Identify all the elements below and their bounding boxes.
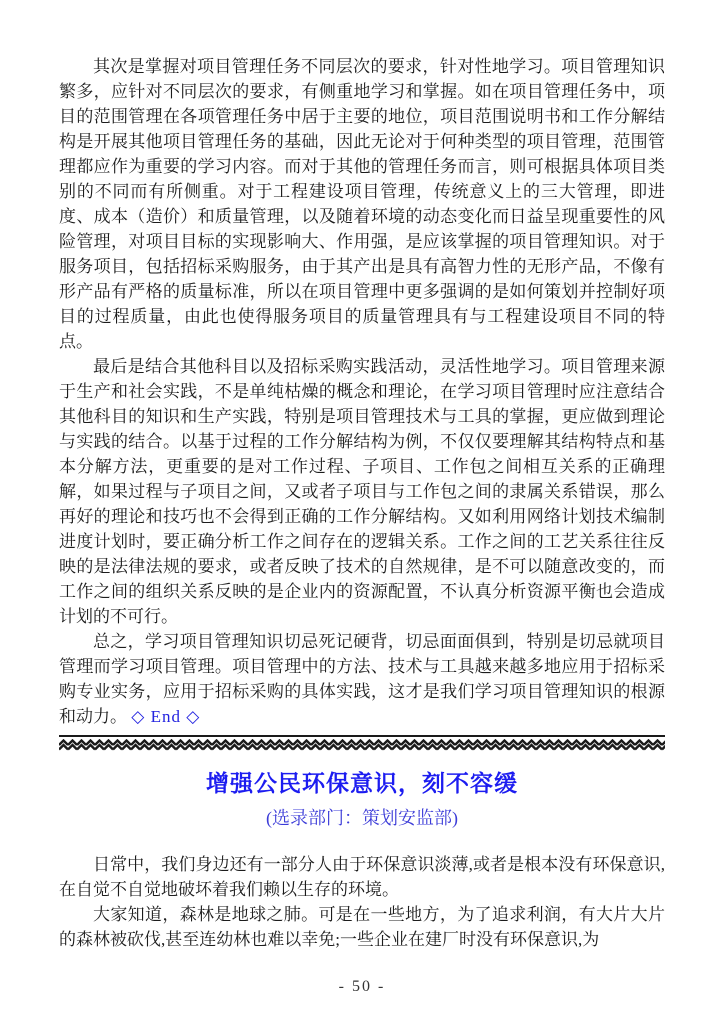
paragraph: 其次是掌握对项目管理任务不同层次的要求，针对性地学习。项目管理知识繁多，应针对不… bbox=[59, 54, 665, 354]
paragraph: 总之，学习项目管理知识切忌死记硬背，切忌面面俱到，特别是切忌就项目管理而学习项目… bbox=[59, 629, 665, 729]
paragraph: 最后是结合其他科目以及招标采购实践活动，灵活性地学习。项目管理来源于生产和社会实… bbox=[59, 354, 665, 629]
section-divider bbox=[59, 735, 665, 751]
article-environment: 增强公民环保意识，刻不容缓 (选录部门：策划安监部) 日常中，我们身边还有一部分… bbox=[59, 765, 665, 952]
divider-top-line bbox=[59, 735, 665, 737]
page-number: - 50 - bbox=[0, 978, 724, 996]
article-title: 增强公民环保意识，刻不容缓 bbox=[59, 765, 665, 798]
zigzag-pattern bbox=[59, 739, 665, 751]
paragraph: 大家知道，森林是地球之肺。可是在一些地方，为了追求利润，有大片大片的森林被砍伐,… bbox=[59, 902, 665, 952]
article-subtitle: (选录部门：策划安监部) bbox=[59, 804, 665, 830]
article-project-management: 其次是掌握对项目管理任务不同层次的要求，针对性地学习。项目管理知识繁多，应针对不… bbox=[59, 54, 665, 729]
end-marker: ◇ End ◇ bbox=[131, 707, 200, 726]
document-page: 其次是掌握对项目管理任务不同层次的要求，针对性地学习。项目管理知识繁多，应针对不… bbox=[0, 0, 724, 1024]
paragraph: 日常中，我们身边还有一部分人由于环保意识淡薄,或者是根本没有环保意识,在自觉不自… bbox=[59, 852, 665, 902]
